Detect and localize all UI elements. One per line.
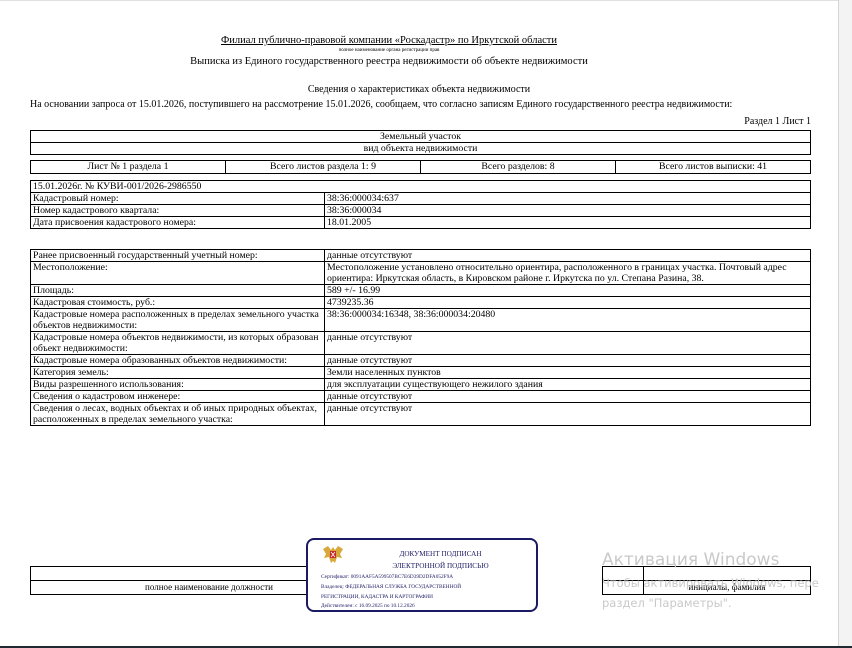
table-row: Кадастровая стоимость, руб.: 4739235.36: [31, 297, 811, 309]
row-label: Кадастровые номера образованных объектов…: [31, 355, 325, 367]
vertical-scrollbar[interactable]: [838, 0, 852, 646]
object-kind-value: Земельный участок: [31, 131, 811, 143]
characteristics-table: Ранее присвоенный государственный учетны…: [30, 249, 811, 426]
row-label: Местоположение:: [31, 262, 325, 285]
table-row: Сведения о лесах, водных объектах и об и…: [31, 403, 811, 426]
row-label: Дата присвоения кадастрового номера:: [31, 217, 325, 229]
table-row: Кадастровый номер: 38:36:000034:637: [31, 193, 811, 205]
row-label: Категория земель:: [31, 367, 325, 379]
table-row: Номер кадастрового квартала: 38:36:00003…: [31, 205, 811, 217]
permitted-use: для эксплуатации существующего нежилого …: [325, 379, 811, 391]
electronic-signature-stamp: ДОКУМЕНТ ПОДПИСАН ЭЛЕКТРОННОЙ ПОДПИСЬЮ С…: [306, 538, 538, 612]
windows-activation-line1: Чтобы активировать Windows, пере: [602, 576, 819, 590]
row-label: Кадастровые номера объектов недвижимости…: [31, 332, 325, 355]
row-label: Кадастровая стоимость, руб.:: [31, 297, 325, 309]
row-label: Номер кадастрового квартала:: [31, 205, 325, 217]
validity-period: Действителен: с 16.09.2025 по 10.12.2026: [321, 602, 415, 611]
sheet-label: Раздел 1 Лист 1: [744, 116, 811, 127]
land-category: Земли населенных пунктов: [325, 367, 811, 379]
row-label: Площадь:: [31, 285, 325, 297]
top-border: [0, 0, 852, 1]
cadastral-value: 4739235.36: [325, 297, 811, 309]
area-value: 589 +/- 16.99: [325, 285, 811, 297]
table-row: Виды разрешенного использования: для экс…: [31, 379, 811, 391]
object-kind-caption: вид объекта недвижимости: [31, 143, 811, 155]
table-row: Местоположение: Местоположение установле…: [31, 262, 811, 285]
row-label: Сведения о кадастровом инженере:: [31, 391, 325, 403]
table-row: Сведения о кадастровом инженере: данные …: [31, 391, 811, 403]
table-row: Кадастровые номера расположенных в преде…: [31, 309, 811, 332]
table-row: Ранее присвоенный государственный учетны…: [31, 250, 811, 262]
row-value: данные отсутствуют: [325, 391, 811, 403]
org-caption: полное наименование органа регистрации п…: [0, 48, 778, 53]
owner-line2: РЕГИСТРАЦИИ, КАДАСТРА И КАРТОГРАФИИ: [321, 593, 433, 602]
identification-table: 15.01.2026г. № КУВИ-001/2026-2986550 Кад…: [30, 180, 811, 229]
stamp-title-line2: ЭЛЕКТРОННОЙ ПОДПИСЬЮ: [348, 560, 533, 572]
request-reference: 15.01.2026г. № КУВИ-001/2026-2986550: [31, 181, 811, 193]
row-label: Кадастровый номер:: [31, 193, 325, 205]
row-value: данные отсутствуют: [325, 250, 811, 262]
windows-activation-title: Активация Windows: [602, 550, 779, 570]
cadastral-number: 38:36:000034:637: [325, 193, 811, 205]
document-page: Филиал публично-правовой компании «Роска…: [0, 0, 838, 646]
row-value: данные отсутствуют: [325, 403, 811, 426]
row-value: данные отсутствуют: [325, 355, 811, 367]
table-row: Кадастровые номера объектов недвижимости…: [31, 332, 811, 355]
table-row: Кадастровые номера образованных объектов…: [31, 355, 811, 367]
row-label: Кадастровые номера расположенных в преде…: [31, 309, 325, 332]
cadastral-quarter: 38:36:000034: [325, 205, 811, 217]
sheet-info-table: Лист № 1 раздела 1 Всего листов раздела …: [30, 160, 811, 174]
section-title: Сведения о характеристиках объекта недви…: [0, 84, 838, 95]
row-label: Виды разрешенного использования:: [31, 379, 325, 391]
sections-total: Всего разделов: 8: [421, 161, 616, 174]
coat-of-arms-icon: [321, 543, 345, 567]
location-value: Местоположение установлено относительно …: [325, 262, 811, 285]
windows-activation-line2: раздел "Параметры".: [602, 596, 732, 610]
row-value: 38:36:000034:16348, 38:36:000034:20480: [325, 309, 811, 332]
table-row: Категория земель: Земли населенных пункт…: [31, 367, 811, 379]
sheet-number: Лист № 1 раздела 1: [31, 161, 226, 174]
assignment-date: 18.01.2005: [325, 217, 811, 229]
table-row: Дата присвоения кадастрового номера: 18.…: [31, 217, 811, 229]
intro-text: На основании запроса от 15.01.2026, пост…: [30, 99, 732, 110]
row-value: данные отсутствуют: [325, 332, 811, 355]
row-label: Ранее присвоенный государственный учетны…: [31, 250, 325, 262]
extract-sheets-total: Всего листов выписки: 41: [616, 161, 811, 174]
section-sheets-total: Всего листов раздела 1: 9: [226, 161, 421, 174]
object-kind-table: Земельный участок вид объекта недвижимос…: [30, 130, 811, 155]
certificate-number: Сертификат: 0091AAF5A599507BC7E6D39D2DFA…: [321, 573, 453, 582]
owner-line1: Владелец: ФЕДЕРАЛЬНАЯ СЛУЖБА ГОСУДАРСТВЕ…: [321, 583, 461, 592]
org-name: Филиал публично-правовой компании «Роска…: [0, 35, 778, 46]
row-label: Сведения о лесах, водных объектах и об и…: [31, 403, 325, 426]
stamp-title-line1: ДОКУМЕНТ ПОДПИСАН: [348, 548, 533, 560]
table-row: Площадь: 589 +/- 16.99: [31, 285, 811, 297]
document-title: Выписка из Единого государственного реес…: [0, 56, 778, 67]
